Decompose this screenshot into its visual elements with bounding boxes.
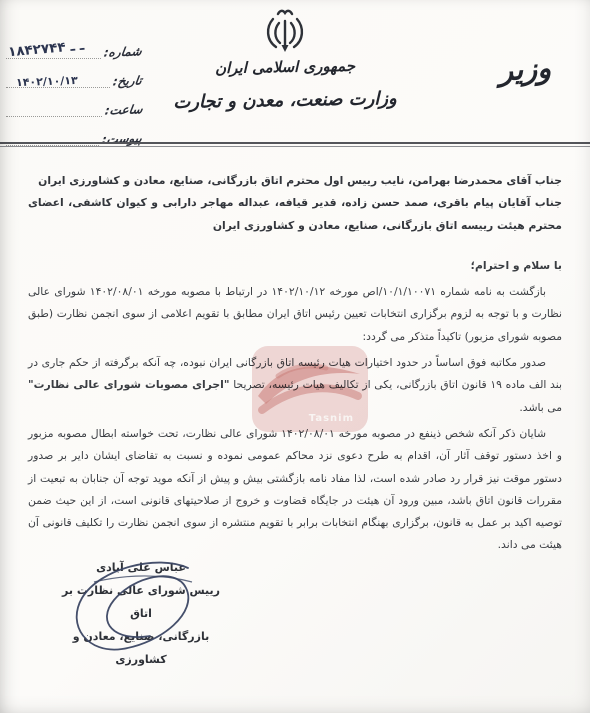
- watermark-agency-label: Tasnim: [309, 413, 354, 424]
- letter-page: شماره: تاریخ: ساعت: پیوست: ۱۸۴۲۷۴۴ ـ ـ ۱…: [0, 0, 590, 713]
- field-time: ساعت:: [6, 88, 142, 117]
- number-label: شماره:: [100, 44, 143, 59]
- reference-fields: شماره: تاریخ: ساعت: پیوست: ۱۸۴۲۷۴۴ ـ ـ ۱…: [6, 30, 142, 146]
- recipient-line: جناب آقای محمدرضا بهرامن، نایب رییس اول …: [28, 170, 562, 192]
- time-label: ساعت:: [100, 102, 143, 117]
- handwritten-letter-date: ۱۴۰۲/۱۰/۱۳: [16, 74, 78, 89]
- time-line: [6, 103, 102, 117]
- date-label: تاریخ:: [109, 73, 143, 88]
- iran-emblem-icon: [263, 6, 307, 60]
- ministry-title: وزارت صنعت، معدن و تجارت: [173, 88, 397, 113]
- republic-title: جمهوری اسلامی ایران: [215, 57, 355, 77]
- body-paragraph-3: شایان ذکر آنکه شخص ذینفع در مصوبه مورخه …: [28, 423, 562, 557]
- recipient-line: جناب آقایان پیام باقری، صمد حسن زاده، قد…: [28, 192, 562, 237]
- letterhead-divider: [0, 142, 590, 147]
- minister-office-title: وزیر: [493, 50, 557, 87]
- paragraph-2-post: می باشد.: [519, 401, 562, 414]
- handwritten-signature: [58, 552, 228, 671]
- recipients-block: جناب آقای محمدرضا بهرامن، نایب رییس اول …: [28, 170, 562, 237]
- tasnim-watermark: Tasnim: [252, 346, 368, 432]
- body-paragraph-1: بازگشت به نامه شماره ۱۰/۱/۱۰۰۷۱/اص مورخه…: [28, 281, 562, 348]
- paragraph-2-quoted-phrase: "اجرای مصوبات شورای عالی نظارت": [28, 378, 230, 391]
- salutation: با سلام و احترام؛: [28, 255, 562, 277]
